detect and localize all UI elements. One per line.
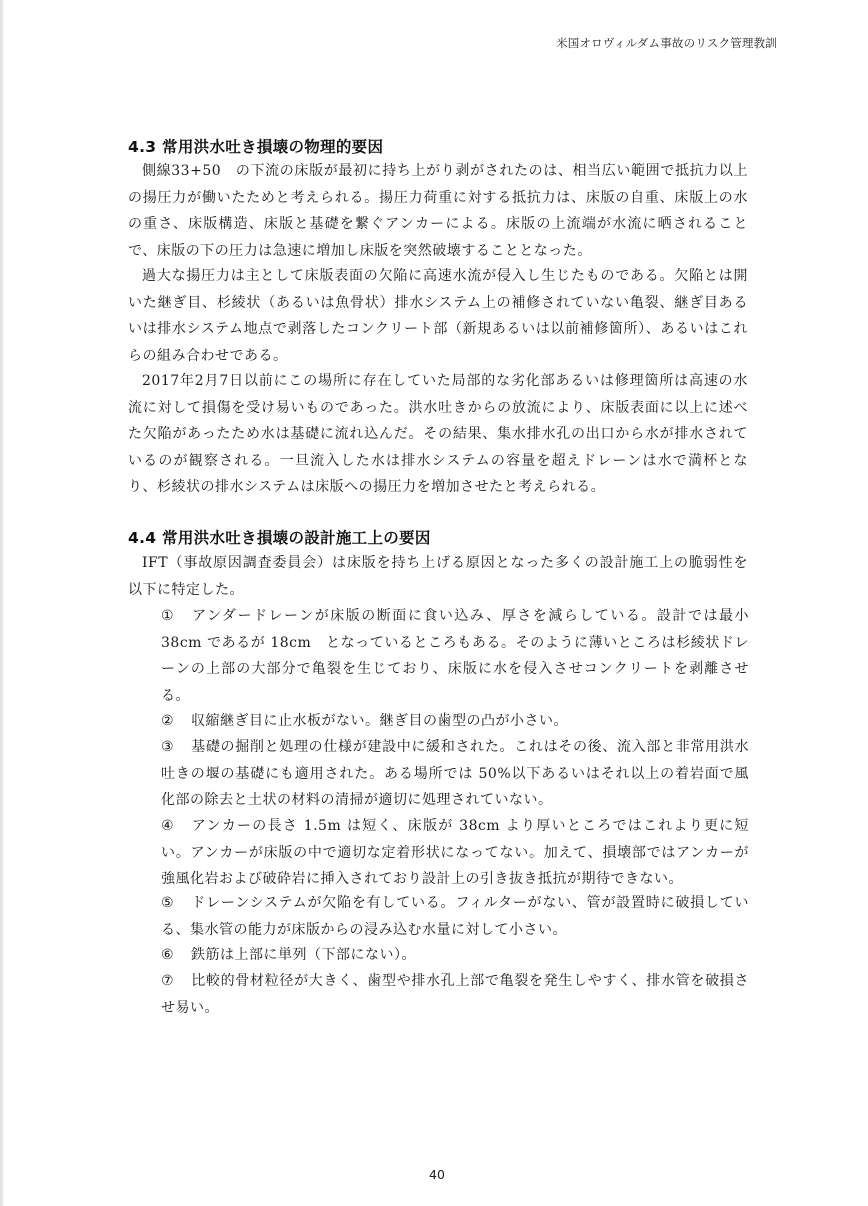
list-item-4: ④アンカーの長さ 1.5m は短く、床版が 38cm より厚いところではこれより… — [161, 813, 749, 893]
paragraph-4-4-intro: IFT（事故原因調査委員会）は床版を持ち上げる原因となった多くの設計施工上の脆弱… — [128, 550, 748, 603]
item-text: 基礎の掘削と処理の仕様が建設中に緩和された。これはその後、流入部と非常用洪水吐き… — [161, 739, 749, 808]
item-text: アンダードレーンが床版の断面に食い込み、厚さを減らしている。設計では最小38cm… — [161, 608, 749, 704]
running-header: 米国オロヴィルダム事故のリスク管理教訓 — [556, 35, 777, 51]
item-text: 比較的骨材粒径が大きく、歯型や排水孔上部で亀裂を発生しやすく、排水管を破損させ易… — [161, 973, 749, 1016]
item-text: アンカーの長さ 1.5m は短く、床版が 38cm より厚いところではこれより更… — [161, 818, 749, 887]
page-number: 40 — [3, 1167, 868, 1182]
list-item-7: ⑦比較的骨材粒径が大きく、歯型や排水孔上部で亀裂を発生しやすく、排水管を破損させ… — [161, 968, 749, 1021]
list-item-6: ⑥鉄筋は上部に単列（下部にない）。 — [161, 942, 749, 969]
item-number: ③ — [161, 734, 191, 761]
paragraph-4-3-1: 側線33+50 の下流の床版が最初に持ち上がり剥がされたのは、相当広い範囲で抵抗… — [128, 158, 748, 264]
item-number: ⑦ — [161, 968, 191, 995]
item-number: ② — [161, 708, 191, 735]
item-number: ⑤ — [161, 890, 191, 917]
item-number: ① — [161, 603, 191, 630]
paragraph-4-3-3: 2017年2月7日以前にこの場所に存在していた局部的な劣化部あるいは修理箇所は高… — [128, 368, 748, 501]
item-text: 収縮継ぎ目に止水板がない。継ぎ目の歯型の凸が小さい。 — [191, 713, 568, 729]
list-item-3: ③基礎の掘削と処理の仕様が建設中に緩和された。これはその後、流入部と非常用洪水吐… — [161, 734, 749, 814]
section-heading-4-3: 4.3 常用洪水吐き損壊の物理的要因 — [128, 135, 383, 157]
paragraph-4-3-2: 過大な揚圧力は主として床版表面の欠陥に高速水流が侵入し生じたものである。欠陥とは… — [128, 263, 748, 369]
section-heading-4-4: 4.4 常用洪水吐き損壊の設計施工上の要因 — [128, 526, 431, 548]
item-number: ④ — [161, 813, 191, 840]
list-item-5: ⑤ドレーンシステムが欠陥を有している。フィルターがない、管が設置時に破損している… — [161, 890, 749, 943]
item-text: 鉄筋は上部に単列（下部にない）。 — [191, 947, 416, 963]
document-page: 米国オロヴィルダム事故のリスク管理教訓 4.3 常用洪水吐き損壊の物理的要因 側… — [3, 0, 868, 1206]
list-item-1: ①アンダードレーンが床版の断面に食い込み、厚さを減らしている。設計では最小38c… — [161, 603, 749, 709]
item-text: ドレーンシステムが欠陥を有している。フィルターがない、管が設置時に破損している、… — [161, 895, 749, 938]
item-number: ⑥ — [161, 942, 191, 969]
list-item-2: ②収縮継ぎ目に止水板がない。継ぎ目の歯型の凸が小さい。 — [161, 708, 749, 735]
